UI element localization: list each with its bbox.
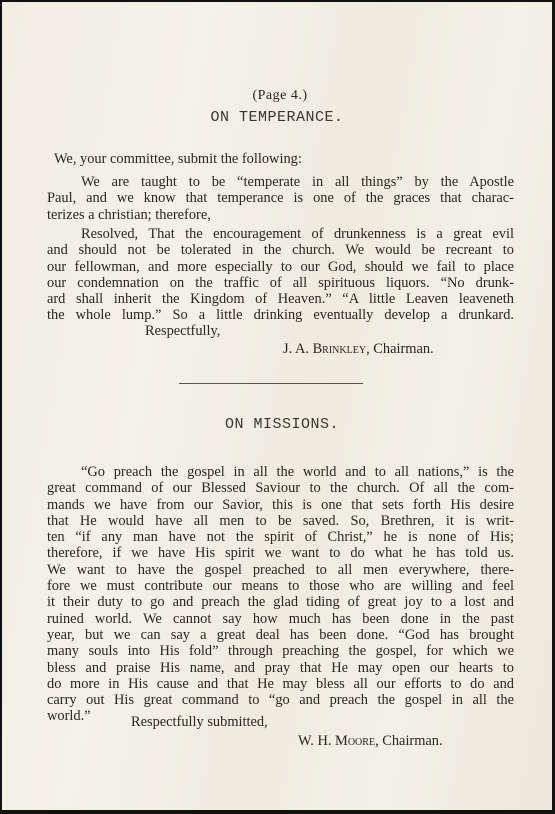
temperance-intro: We, your committee, submit the following…: [54, 151, 302, 168]
text-line: We are taught to be “temperate in all th…: [47, 174, 514, 190]
text-line: many souls into His fold” through preach…: [47, 643, 514, 659]
text-line: We want to have the gospel preached to a…: [47, 562, 514, 578]
text-line: mands we have from our Savior, this is o…: [47, 497, 514, 513]
text-line: bless and praise His name, and pray that…: [47, 660, 514, 676]
temperance-paragraph-2: Resolved, That the encouragement of drun…: [47, 226, 514, 324]
text-line: terizes a christian; therefore,: [47, 207, 514, 223]
signatory-name: W. H. Moore: [298, 733, 375, 749]
temperance-signature: J. A. Brinkley, Chairman.: [283, 341, 434, 358]
text-line: our condemnation on the traffic of all s…: [47, 275, 514, 291]
text-line: therefore, if we have His spirit we want…: [47, 545, 514, 561]
text-line: carry out His great command to “go and p…: [47, 692, 514, 708]
text-line: Resolved, That the encouragement of drun…: [47, 226, 514, 242]
section-divider: [179, 383, 363, 384]
temperance-closing: Respectfully,: [145, 323, 220, 340]
signatory-title: , Chairman.: [366, 341, 434, 357]
text-line: “Go preach the gospel in all the world a…: [47, 464, 514, 480]
text-line: our fellowman, and more especially to ou…: [47, 259, 514, 275]
text-line: year, but we can say a great deal has be…: [47, 627, 514, 643]
text-line: that He would have all men to be saved. …: [47, 513, 514, 529]
text-line: the whole lump.” So a little drinking ev…: [47, 307, 514, 323]
text-line: world.”: [47, 708, 514, 724]
signatory-title: , Chairman.: [375, 733, 443, 749]
page-number-label: (Page 4.): [2, 88, 552, 104]
text-line: Paul, and we know that temperance is one…: [47, 190, 514, 206]
text-line: ten “if any man have not the spirit of C…: [47, 529, 514, 545]
missions-closing: Respectfully submitted,: [131, 714, 268, 731]
text-line: it their duty to go and preach the glad …: [47, 594, 514, 610]
text-line: do more in His cause and that He may ble…: [47, 676, 514, 692]
text-line: ruined world. We cannot say how much has…: [47, 611, 514, 627]
missions-paragraph: “Go preach the gospel in all the world a…: [47, 464, 514, 725]
text-line: fore we must contribute our means to tho…: [47, 578, 514, 594]
document-page: (Page 4.) ON TEMPERANCE. We, your commit…: [2, 2, 552, 810]
temperance-heading: ON TEMPERANCE.: [2, 109, 552, 126]
missions-heading: ON MISSIONS.: [2, 416, 552, 433]
signatory-name: J. A. Brinkley: [283, 341, 366, 357]
text-line: ard shall inherit the Kingdom of Heaven.…: [47, 291, 514, 307]
text-line: great command of our Blessed Saviour to …: [47, 480, 514, 496]
text-line: and should not be tolerated in the churc…: [47, 242, 514, 258]
temperance-paragraph-1: We are taught to be “temperate in all th…: [47, 174, 514, 223]
missions-signature: W. H. Moore, Chairman.: [298, 733, 443, 750]
